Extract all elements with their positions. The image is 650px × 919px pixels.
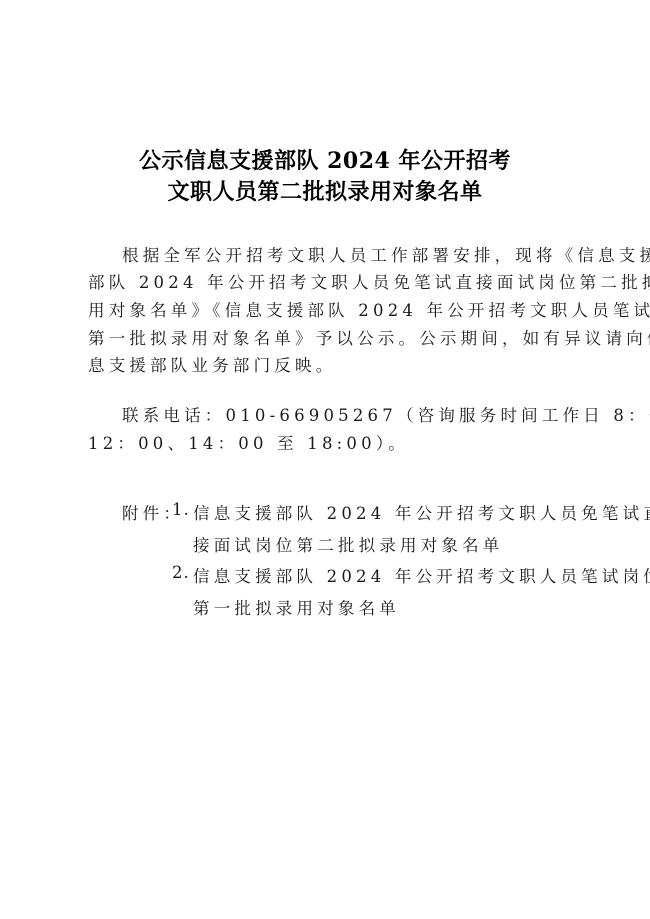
contact-line: 12：00、14：00 至 18:00）。 — [88, 430, 409, 454]
contact-line: 联系电话：010-66905267（咨询服务时间工作日 8：00 至 — [122, 402, 650, 426]
paragraph-line: 用对象名单》《信息支援部队 2024 年公开招考文职人员笔试岗位 — [88, 297, 650, 321]
paragraph-line: 根据全军公开招考文职人员工作部署安排，现将《信息支援 — [122, 242, 650, 266]
paragraph-line: 息支援部队业务部门反映。 — [88, 352, 336, 376]
attachment-line: 接面试岗位第二批拟录用对象名单 — [193, 532, 504, 556]
attachment-number: 1. — [172, 500, 190, 519]
attachment-line: 信息支援部队 2024 年公开招考文职人员免笔试直 — [193, 500, 650, 524]
paragraph-line: 第一批拟录用对象名单》予以公示。公示期间，如有异议请向信 — [88, 325, 650, 349]
document-title-line-2: 文职人员第二批拟录用对象名单 — [0, 175, 650, 206]
attachment-line: 信息支援部队 2024 年公开招考文职人员笔试岗位 — [193, 563, 650, 587]
paragraph-line: 部队 2024 年公开招考文职人员免笔试直接面试岗位第二批拟录 — [88, 269, 650, 293]
attachment-line: 第一批拟录用对象名单 — [193, 595, 400, 619]
attachment-number: 2. — [172, 563, 190, 582]
document-title-line-1: 公示信息支援部队 2024 年公开招考 — [0, 144, 650, 175]
